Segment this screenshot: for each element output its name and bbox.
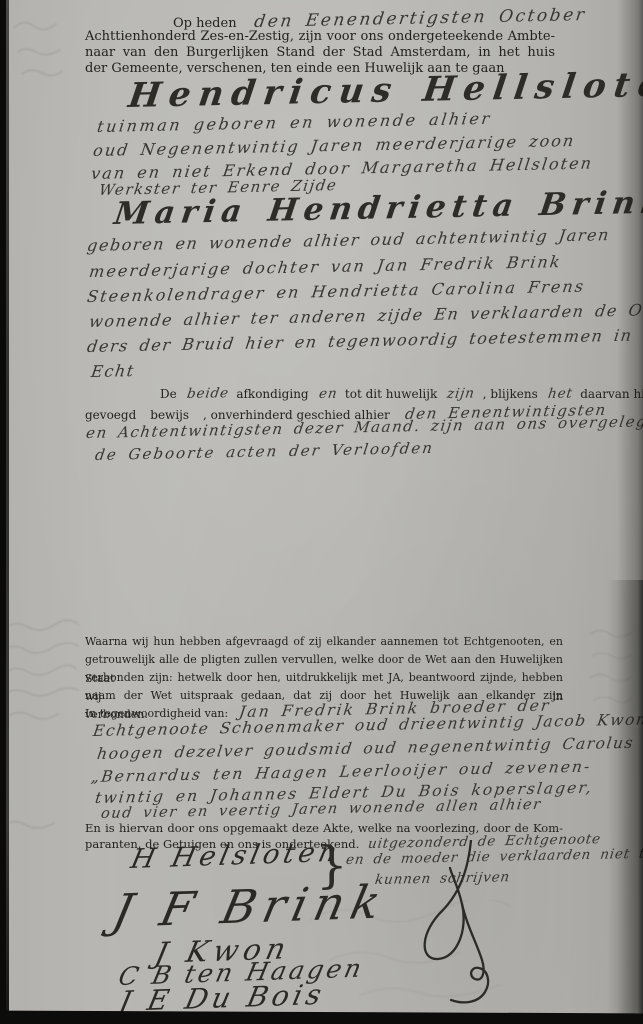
banns-printed-tot-dit-huwelijk: tot dit huwelijk [345,387,437,401]
bleed-through-left-margin [0,618,88,728]
banns-printed-afkondiging: afkondiging [236,387,308,401]
banns-printed-de: De [160,387,177,401]
signature-h-helsloten: H Helsloten [128,837,344,875]
bride-detail-line-3: Steenkolendrager en Hendrietta Carolina … [86,277,586,306]
banns-hw-het: het [547,385,574,402]
intro-line-3: naar van den Burgerlijken Stand der Stad… [85,45,555,61]
page-right-shadow-lower [607,580,643,1024]
banns-printed-gevoegd: gevoegd [85,408,136,422]
bride-detail-line-6: Echt [90,361,136,381]
bleed-through-top-left [8,18,70,108]
official-paraph-signature [405,840,515,1008]
banns-line-1: De beide afkondiging en tot dit huwelijk… [160,386,643,402]
banns-printed-blijkens: , blijkens [483,387,538,401]
banns-hw-line-4: de Geboorte acten der Verloofden [94,439,435,464]
bride-detail-line-2: meerderjarige dochter van Jan Fredrik Br… [88,252,563,281]
scan-bottom-black-band [0,1011,643,1024]
intro-line-2: Achttienhonderd Zes-en-Zestig, zijn voor… [85,29,555,45]
signature-jf-brink: J F Brink [108,875,392,938]
banns-hw-beide: beide [186,385,230,402]
wedding-date-handwritten: den Eenendertigsten October [253,5,588,32]
scanned-marriage-certificate: Op heden den Eenendertigsten October Ach… [0,0,643,1024]
book-gutter-line [6,0,9,1024]
banns-hw-zijn: zijn [446,385,476,402]
bleed-through-closing-left [0,816,64,836]
banns-printed-bewijs: bewijs [150,408,189,422]
vows-line-1: Waarna wij hun hebben afgevraagd of zij … [85,633,563,652]
banns-hw-en: en [318,386,339,402]
bride-detail-line-5: ders der Bruid hier en tegenwoordig toet… [86,325,643,356]
